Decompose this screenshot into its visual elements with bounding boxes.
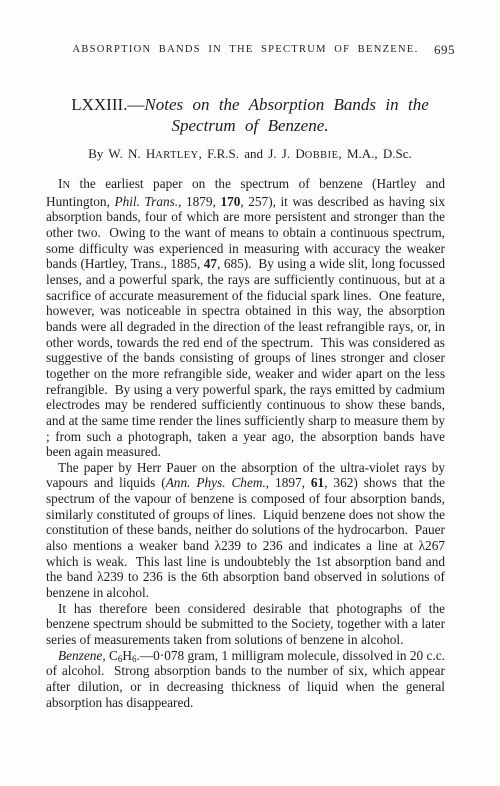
article-title: LXXIII.—Notes on the Absorption Bands in… <box>40 95 460 136</box>
byline: By W. N. HARTLEY, F.R.S. and J. J. DOBBI… <box>40 146 460 162</box>
paragraph-benzene-experiment: Benzene, C6H6.—0·078 gram, 1 milligram m… <box>46 648 445 711</box>
paragraph-society: It has therefore been considered desirab… <box>46 601 445 648</box>
article-title-line-2: Spectrum of Benzene. <box>40 116 460 137</box>
article-title-line-1: LXXIII.—Notes on the Absorption Bands in… <box>40 95 460 116</box>
journal-page: ABSORPTION BANDS IN THE SPECTRUM OF BENZ… <box>0 0 500 786</box>
article-body: IN the earliest paper on the spectrum of… <box>46 176 445 710</box>
running-head: ABSORPTION BANDS IN THE SPECTRUM OF BENZ… <box>46 44 445 55</box>
page-number: 695 <box>434 42 455 58</box>
paragraph-intro: IN the earliest paper on the spectrum of… <box>46 176 445 460</box>
running-head-title: ABSORPTION BANDS IN THE SPECTRUM OF BENZ… <box>72 44 418 55</box>
paragraph-pauer: The paper by Herr Pauer on the absorptio… <box>46 460 445 601</box>
